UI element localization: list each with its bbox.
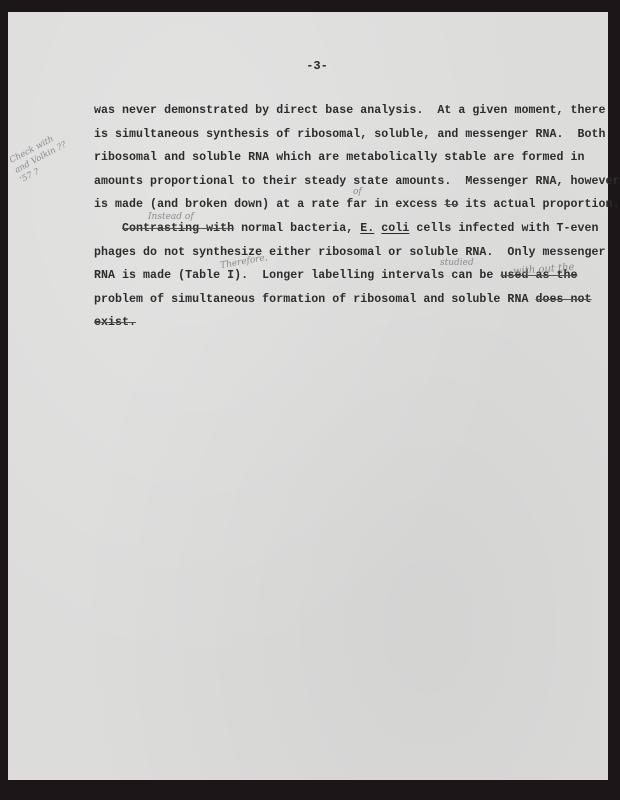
page-number: -3- <box>8 59 608 73</box>
struck-text: does not <box>535 293 591 306</box>
text-line: ribosomal and soluble RNA which are meta… <box>94 151 585 164</box>
struck-text: exist. <box>94 316 136 329</box>
text-line: Contrasting with normal bacteria, E. col… <box>122 222 599 235</box>
handwritten-instead-of: Instead of <box>148 212 194 222</box>
text-line: exist. <box>94 316 136 329</box>
struck-text: to <box>444 198 458 211</box>
text-line: amounts proportional to their steady sta… <box>94 175 620 188</box>
text-line: was never demonstrated by direct base an… <box>94 104 606 117</box>
margin-annotation: Check with and Volkin ?? '57 ? <box>8 115 103 186</box>
text-segment: is made (and broken down) at a rate far … <box>94 198 444 211</box>
text-line: problem of simultaneous formation of rib… <box>94 293 592 306</box>
text-segment: cells infected with T-even <box>409 222 598 235</box>
struck-text: Contrasting with <box>122 222 234 235</box>
species-genus: E. <box>360 222 374 235</box>
species-name: coli <box>381 222 409 235</box>
text-line: is made (and broken down) at a rate far … <box>94 198 620 211</box>
text-segment: problem of simultaneous formation of rib… <box>94 293 535 306</box>
handwritten-of: of <box>353 187 362 197</box>
text-line: is simultaneous synthesis of ribosomal, … <box>94 128 606 141</box>
text-line: phages do not synthesize either ribosoma… <box>94 246 606 259</box>
text-segment: its actual proportion. <box>458 198 619 211</box>
handwritten-studied: studied <box>440 258 474 268</box>
text-segment: normal bacteria, <box>234 222 360 235</box>
text-segment: RNA is made (Table I). Longer labelling … <box>94 269 500 282</box>
document-page: -3- Check with and Volkin ?? '57 ? was n… <box>8 12 608 780</box>
text-line: RNA is made (Table I). Longer labelling … <box>94 269 578 282</box>
